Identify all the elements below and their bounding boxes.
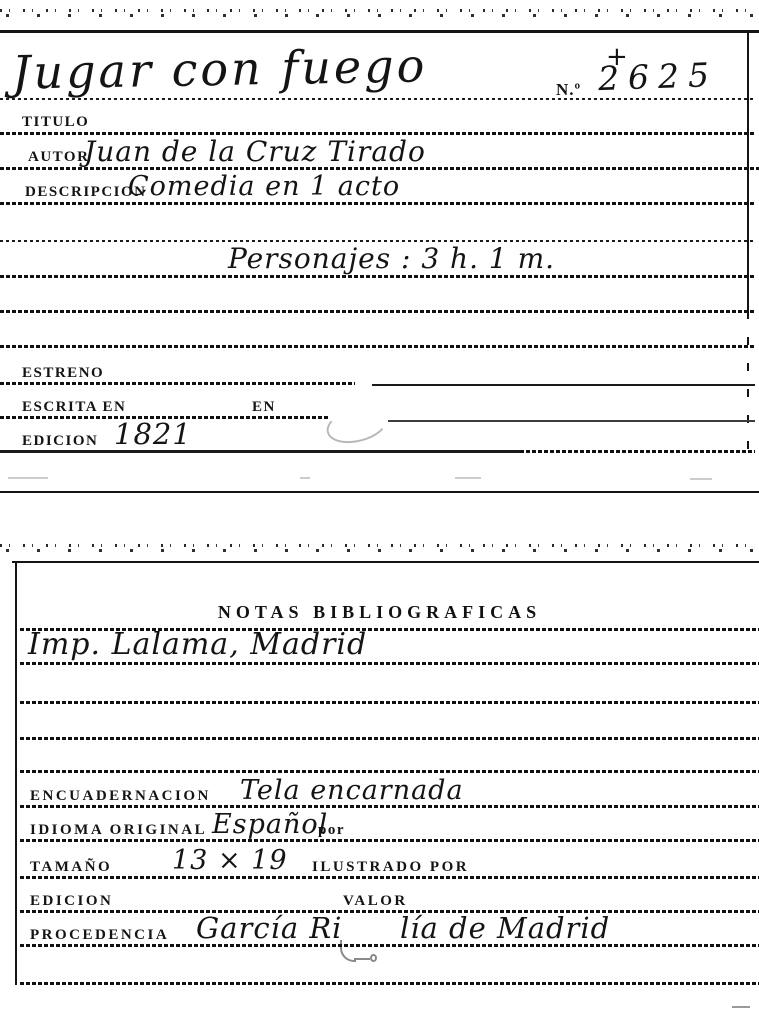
ruled-line [20,662,759,665]
escrita-line-right [388,420,755,422]
ruled-line [0,310,755,313]
field-label-edicion: EDICION [22,434,98,449]
imprenta-value: Imp. Lalama, Madrid [28,630,367,660]
scan-noise-band [0,543,759,553]
field-label-idioma-original: IDIOMA ORIGINAL [30,823,207,838]
erased-mark [323,401,391,449]
card-left-edge [15,561,17,985]
ruled-line [20,770,759,773]
ruled-line [0,345,755,348]
ruled-line [20,876,759,879]
scan-noise-band [0,8,759,18]
descripcion-value: Comedia en 1 acto [128,173,400,200]
edicion-value: 1821 [114,420,192,449]
procedencia-value-start: García Ri [196,914,342,943]
field-label-titulo: TITULO [22,115,89,130]
stray-mark [300,477,310,479]
edicion-line [0,450,520,453]
ruled-line [20,839,759,842]
procedencia-value-end: lía de Madrid [400,914,610,943]
ruled-line [0,275,755,278]
ruled-line [20,944,759,947]
ruled-line [0,202,755,205]
card-right-edge [747,31,749,311]
field-label-valor: VALOR [343,894,408,909]
field-label-en: EN [252,400,276,415]
edicion-line-dotted [520,450,755,453]
field-label-edicion-back: EDICION [30,894,113,909]
field-label-estreno: ESTRENO [22,366,104,381]
stray-mark [455,477,481,479]
notas-bibliograficas-heading: NOTAS BIBLIOGRAFICAS [0,602,759,623]
field-label-escrita-en: ESCRITA EN [22,400,126,415]
field-label-por: por [318,823,345,838]
faded-ink-dash [354,958,370,960]
field-label-autor: AUTOR [28,150,89,165]
tamano-value: 13 × 19 [172,847,288,874]
field-label-procedencia: PROCEDENCIA [30,928,169,943]
field-label-ilustrado-por: ILUSTRADO POR [312,860,469,875]
card-bottom-edge [0,491,759,493]
title-handwritten: Jugar con fuego [12,42,428,95]
autor-value: Juan de la Cruz Tirado [84,138,426,166]
estreno-line-right [372,384,755,386]
ruled-line [20,737,759,740]
ruled-line [20,805,759,808]
field-label-encuadernacion: ENCUADERNACION [30,789,211,804]
estreno-line-left [0,382,355,385]
field-label-tamano: TAMAÑO [30,860,112,875]
ruled-line [20,910,759,913]
scanned-catalog-document: Jugar con fuego N.º + 2625 TITULO AUTOR … [0,0,759,1028]
ruled-line [20,701,759,704]
card-right-edge-faded [747,311,749,461]
card-top-edge [0,30,759,33]
stray-mark [690,478,712,480]
ruled-line [0,98,755,100]
faded-ink-dot [370,954,377,962]
ruled-line [20,982,759,985]
encuadernacion-value: Tela encarnada [240,777,464,804]
personajes-value: Personajes : 3 h. 1 m. [228,245,555,273]
idioma-value: Español [212,811,328,838]
number-value: 2625 [597,58,718,95]
number-label: N.º [556,80,581,100]
stray-mark [732,1006,750,1008]
stray-mark [8,477,48,479]
card-top-edge [12,561,759,563]
